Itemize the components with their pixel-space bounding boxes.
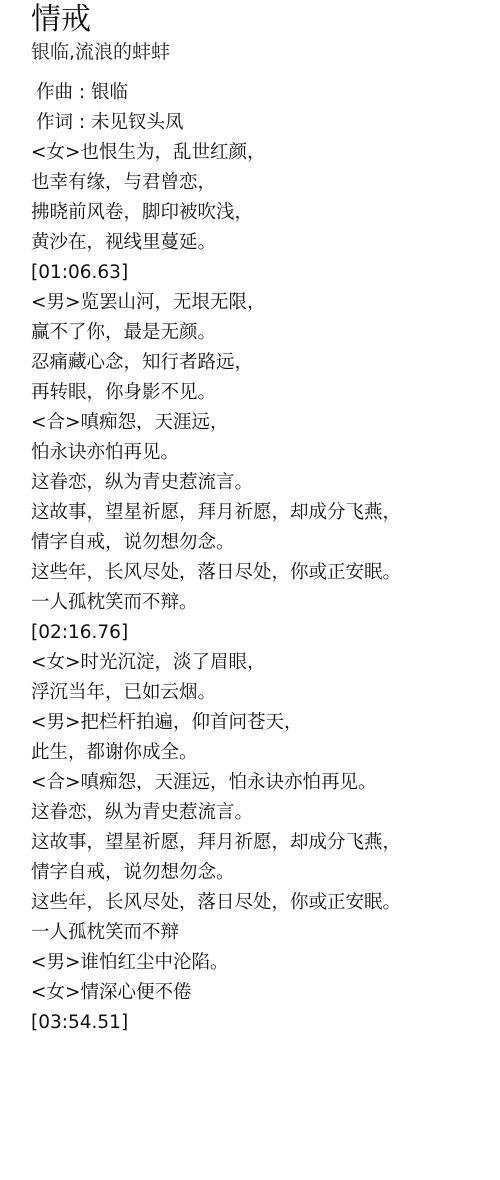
lyric-line: <合>嗔痴怨，天涯远， [31,408,491,438]
lyric-line: 忍痛藏心念，知行者路远， [31,348,491,378]
lyric-line: 这些年，长风尽处，落日尽处，你或正安眠。 [31,888,491,918]
lyric-line: 黄沙在，视线里蔓延。 [31,228,491,258]
lyric-line: 此生，都谢你成全。 [31,738,491,768]
lyrics-page: 情戒 银临,流浪的蚌蚌 作曲 : 银临 作词 : 未见钗头凤 <女>也恨生为，乱… [31,0,491,1038]
lyric-line: 这眷恋，纵为青史惹流言。 [31,468,491,498]
composer-credit: 作曲 : 银临 [31,78,491,108]
lyric-line: 赢不了你，最是无颜。 [31,318,491,348]
lyric-line: <女>情深心便不倦 [31,978,491,1008]
lyric-line: <合>嗔痴怨，天涯远，怕永诀亦怕再见。 [31,768,491,798]
timestamp: [01:06.63] [31,258,491,288]
lyric-line: 情字自戒，说勿想勿念。 [31,858,491,888]
song-title: 情戒 [31,0,491,38]
lyric-line: <女>时光沉淀，淡了眉眼， [31,648,491,678]
lyric-line: 一人孤枕笑而不辩 [31,918,491,948]
lyricist-credit: 作词 : 未见钗头凤 [31,108,491,138]
lyric-line: <男>览罢山河，无垠无限， [31,288,491,318]
lyric-line: 怕永诀亦怕再见。 [31,438,491,468]
lyric-line: 这故事，望星祈愿，拜月祈愿，却成分飞燕， [31,828,491,858]
lyric-line: 这些年，长风尽处，落日尽处，你或正安眠。 [31,558,491,588]
lyric-line: 再转眼，你身影不见。 [31,378,491,408]
lyric-line: <男>把栏杆拍遍，仰首问苍天， [31,708,491,738]
lyric-line: 一人孤枕笑而不辩。 [31,588,491,618]
lyric-line: 情字自戒，说勿想勿念。 [31,528,491,558]
lyric-line: 拂晓前风卷，脚印被吹浅， [31,198,491,228]
lyric-line: <女>也恨生为，乱世红颜， [31,138,491,168]
lyric-line: 浮沉当年，已如云烟。 [31,678,491,708]
lyric-line: 这故事，望星祈愿，拜月祈愿，却成分飞燕， [31,498,491,528]
song-artists: 银临,流浪的蚌蚌 [31,38,491,78]
timestamp: [03:54.51] [31,1008,491,1038]
lyrics-body: 作曲 : 银临 作词 : 未见钗头凤 <女>也恨生为，乱世红颜， 也幸有缘，与君… [31,78,491,1038]
timestamp: [02:16.76] [31,618,491,648]
lyric-line: 这眷恋，纵为青史惹流言。 [31,798,491,828]
lyric-line: 也幸有缘，与君曾恋， [31,168,491,198]
lyric-line: <男>谁怕红尘中沦陷。 [31,948,491,978]
